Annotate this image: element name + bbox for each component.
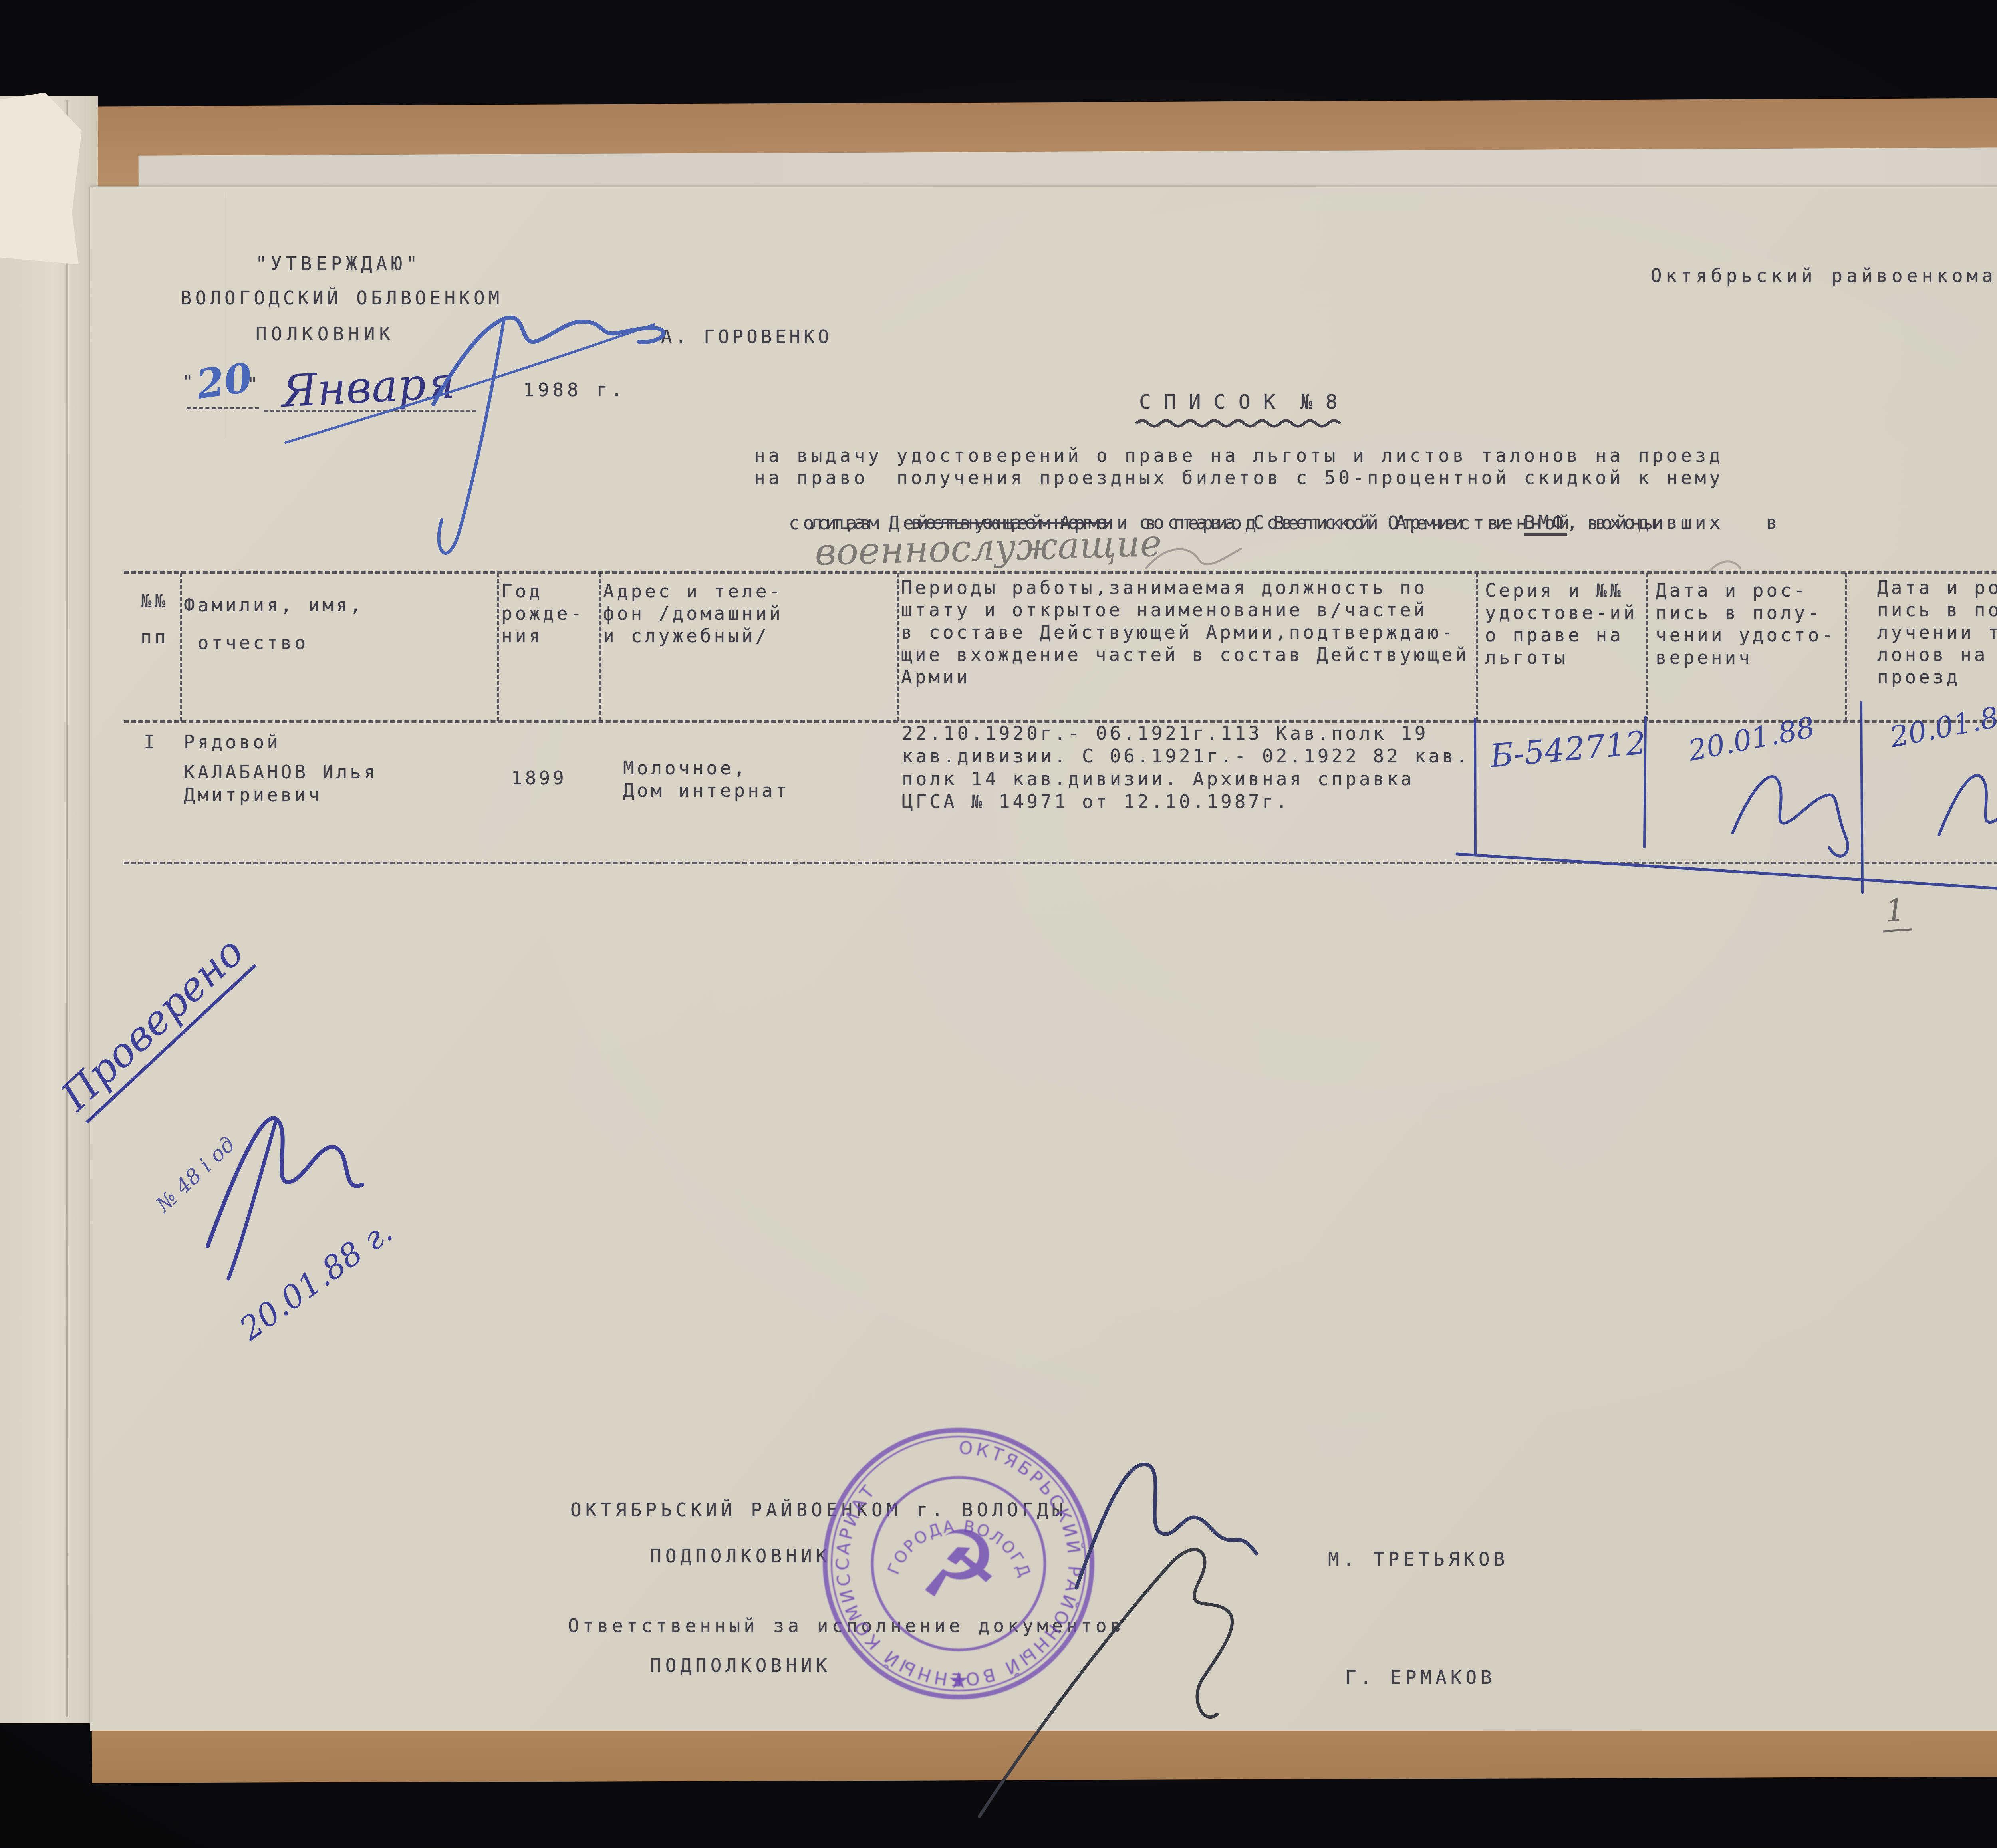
ink-strokes-overlay <box>0 0 1997 1848</box>
table-pen-line-bottom <box>1457 854 1997 903</box>
signature-table-certificate <box>1733 777 1848 856</box>
table-pen-line-col8 <box>1861 702 1862 893</box>
signature-margin-note <box>208 1118 362 1246</box>
pencil-squiggle <box>1146 549 1241 568</box>
table-pen-line-col6 <box>1475 719 1475 855</box>
signature-table-coupons <box>1939 775 1997 865</box>
signature-gorovenko-diagonal <box>286 324 654 443</box>
pencil-squiggle-2 <box>1709 562 1740 571</box>
signature-gorovenko-descender <box>439 319 504 553</box>
scanned-archive-document: "УТВЕРЖДАЮ" ВОЛОГОДСКИЙ ОБЛВОЕНКОМ ПОЛКО… <box>0 0 1997 1848</box>
signature-ermakov <box>979 1550 1232 1816</box>
table-pen-line-col7 <box>1644 717 1646 847</box>
